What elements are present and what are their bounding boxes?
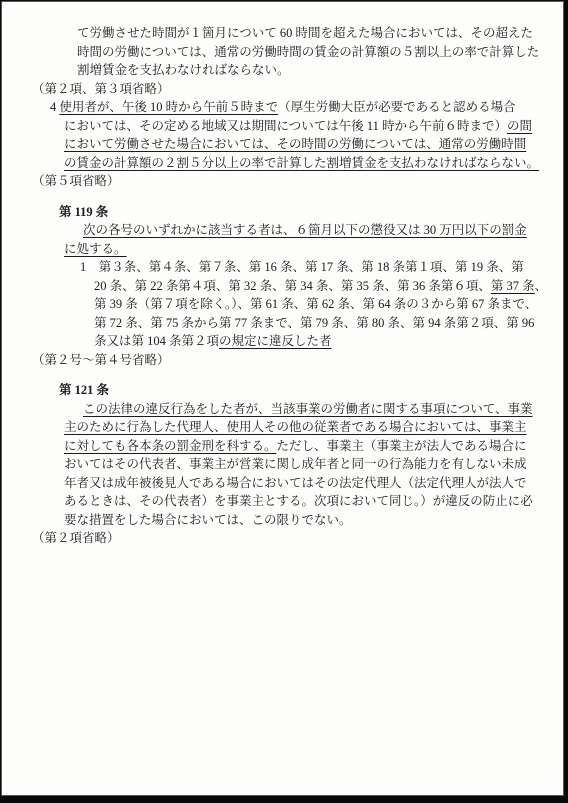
text-segment: 時間の労働については、通常の労働時間の賃金の計算額の５割以上の率で計算した <box>77 45 539 59</box>
art121-para-line-5: 年者又は成年被後見人である場合においてはその法定代理人（法定代理人が法人で <box>2 474 563 493</box>
art121-para-line-6: あるときは、その代表者）を事業主とする。次項において同じ。）が違反の防止に必 <box>2 492 563 511</box>
underlined-text: 次の各号のいずれかに該当する者は、６箇月以下の懲役又は 30 万円以下の罰金 <box>83 223 527 237</box>
underlined-text: の間 <box>507 119 532 133</box>
text-segment: 割増賃金を支払わなければならない。 <box>77 63 290 77</box>
art119-para-line-1: 次の各号のいずれかに該当する者は、６箇月以下の懲役又は 30 万円以下の罰金 <box>2 221 563 240</box>
underlined-text: に対しても各本条の罰金刑を科する。 <box>64 439 277 453</box>
text-segment: 年者又は成年被後見人である場合においてはその法定代理人（法定代理人が法人で <box>64 476 527 490</box>
art37-continuation-line-1: て労働させた時間が１箇月について 60 時間を超えた場合においては、その超えた <box>2 24 563 43</box>
text-segment: 条又は第 104 条第２項 <box>94 334 219 348</box>
art37-item4-line-3: において労働させた場合においては、その時間の労働については、通常の労働時間 <box>2 135 563 154</box>
art37-item4-line-2: においては、その定める地域又は期間については午後 11 時から午前６時まで）の間 <box>2 117 563 136</box>
art121-para-line-7: 要な措置をした場合においては、この限りでない。 <box>2 511 563 530</box>
art37-note-paragraph-5: （第５項省略） <box>2 172 563 191</box>
article-119-heading: 第 119 条 <box>2 203 563 222</box>
document-content: て労働させた時間が１箇月について 60 時間を超えた場合においては、その超えた … <box>2 2 563 548</box>
underlined-text: 第 37 条 <box>491 279 535 293</box>
text-segment: 要な措置をした場合においては、この限りでない。 <box>64 513 352 527</box>
art121-para-line-3: に対しても各本条の罰金刑を科する。ただし、事業主（事業主が法人である場合に <box>2 437 563 456</box>
underlined-text: の賃金の計算額の２割５分以上の率で計算した割増賃金を支払わなければならない。 <box>64 156 539 170</box>
text-segment: 第 39 条（第７項を除く。）、第 61 条、第 62 条、第 64 条の３から… <box>94 297 537 311</box>
underlined-text: 主のために行為した代理人、使用人その他の従業者である場合においては、事業主 <box>64 420 527 434</box>
art37-note-paragraphs-2-3: （第２項、第３項省略） <box>2 80 563 99</box>
underlined-text: に処する。 <box>64 242 127 256</box>
text-segment: おいてはその代表者、事業主が営業に関し成年者と同一の行為能力を有しない未成 <box>64 457 527 471</box>
art119-item1-line-3: 第 39 条（第７項を除く。）、第 61 条、第 62 条、第 64 条の３から… <box>2 295 563 314</box>
art121-para-line-4: おいてはその代表者、事業主が営業に関し成年者と同一の行為能力を有しない未成 <box>2 455 563 474</box>
text-segment: 4 <box>50 100 59 114</box>
art37-item4-line-4: の賃金の計算額の２割５分以上の率で計算した割増賃金を支払わなければならない。 <box>2 154 563 173</box>
text-segment: て労働させた時間が１箇月について 60 時間を超えた場合においては、その超えた <box>77 26 533 40</box>
art119-para-line-2: に処する。 <box>2 240 563 259</box>
art121-para-line-1: この法律の違反行為をした者が、当該事業の労働者に関する事項について、事業 <box>2 400 563 419</box>
art119-item1-line-1: 1 第３条、第４条、第７条、第 16 条、第 17 条、第 18 条第１項、第 … <box>2 258 563 277</box>
underlined-text: この法律の違反行為をした者が、当該事業の労働者に関する事項について、事業 <box>83 402 533 416</box>
document-page: て労働させた時間が１箇月について 60 時間を超えた場合においては、その超えた … <box>1 1 564 796</box>
underlined-text: において労働させた場合においては、その時間の労働については、通常の労働時間 <box>64 137 526 151</box>
art119-item1-line-4: 第 72 条、第 75 条から第 77 条まで、第 79 条、第 80 条、第 … <box>2 314 563 333</box>
text-segment: ただし、事業主（事業主が法人である場合に <box>277 439 527 453</box>
article-121-heading: 第 121 条 <box>2 381 563 400</box>
art37-continuation-line-2: 時間の労働については、通常の労働時間の賃金の計算額の５割以上の率で計算した <box>2 43 563 62</box>
art119-item1-line-5: 条又は第 104 条第２項の規定に違反した者 <box>2 332 563 351</box>
underlined-text: 使用者が、午後 10 時から午前５時まで <box>59 100 278 114</box>
art119-item1-line-2: 20 条、第 22 条第４項、第 32 条、第 34 条、第 35 条、第 36… <box>2 277 563 296</box>
text-segment: においては、その定める地域又は期間については午後 11 時から午前６時まで） <box>64 119 507 133</box>
art121-note-paragraph-2: （第２項省略） <box>2 529 563 548</box>
text-segment: 20 条、第 22 条第４項、第 32 条、第 34 条、第 35 条、第 36… <box>94 279 491 293</box>
text-segment: 、 <box>535 279 548 293</box>
art37-continuation-line-3: 割増賃金を支払わなければならない。 <box>2 61 563 80</box>
text-segment: 1 第３条、第４条、第７条、第 16 条、第 17 条、第 18 条第１項、第 … <box>80 260 524 274</box>
art119-note-items-2-4: （第２号～第４号省略） <box>2 351 563 370</box>
art121-para-line-2: 主のために行為した代理人、使用人その他の従業者である場合においては、事業主 <box>2 418 563 437</box>
art37-item4-line-1: 4 使用者が、午後 10 時から午前５時まで（厚生労働大臣が必要であると認める場… <box>2 98 563 117</box>
text-segment: 第 72 条、第 75 条から第 77 条まで、第 79 条、第 80 条、第 … <box>94 316 534 330</box>
text-segment: （厚生労働大臣が必要であると認める場合 <box>278 100 516 114</box>
underlined-text: の規定に違反した者 <box>219 334 332 348</box>
text-segment: あるときは、その代表者）を事業主とする。次項において同じ。）が違反の防止に必 <box>64 494 533 508</box>
